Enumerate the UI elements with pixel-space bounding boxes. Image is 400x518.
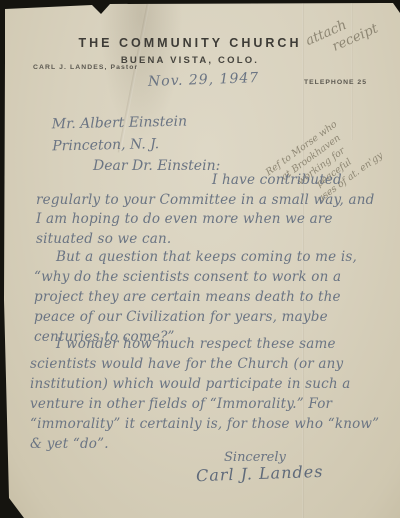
scanned-letter: THE COMMUNITY CHURCH BUENA VISTA, COLO. … [0, 0, 400, 518]
letterhead-pastor: CARL J. LANDES, Pastor [33, 64, 138, 71]
recipient-address: Princeton, N. J. [52, 133, 188, 158]
letter-paper: THE COMMUNITY CHURCH BUENA VISTA, COLO. … [0, 0, 400, 518]
recipient-name: Mr. Albert Einstein [52, 111, 188, 136]
letter-paragraph: I wonder how much respect these same sci… [30, 334, 386, 454]
letter-paragraph: I have contributed regularly to your Com… [36, 171, 383, 249]
recipient-block: Mr. Albert Einstein Princeton, N. J. [52, 111, 188, 158]
letterhead-telephone: TELEPHONE 25 [304, 79, 367, 86]
letter-date: Nov. 29, 1947 [148, 70, 260, 90]
signature: Carl J. Landes [196, 462, 324, 485]
letter-paragraph: But a question that keeps coming to me i… [34, 247, 386, 347]
